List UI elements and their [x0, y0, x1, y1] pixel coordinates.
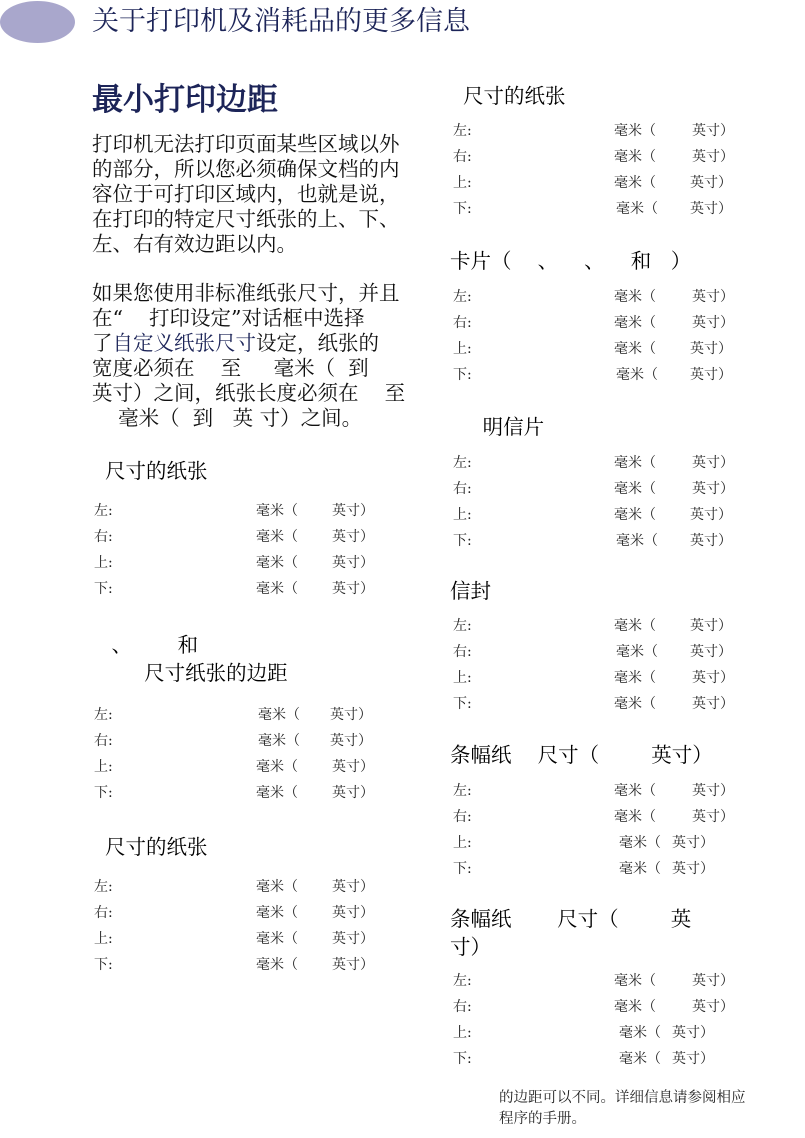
side-label: 上: — [94, 926, 113, 952]
side-label: 左: — [453, 778, 472, 804]
mm-unit: 毫米（ — [614, 994, 656, 1020]
mm-unit: 毫米（ — [616, 528, 658, 554]
inch-unit: 英寸） — [672, 856, 714, 882]
mm-unit: 毫米（ — [256, 952, 298, 978]
inch-unit: 英寸） — [332, 498, 374, 524]
inch-unit: 英寸） — [330, 728, 372, 754]
header-oval-decoration — [0, 1, 75, 43]
margin-table: 左:毫米（英寸） 右:毫米（英寸） 上:毫米（英寸） 下:毫米（英寸） — [453, 613, 773, 717]
paragraph-line: 如果您使用非标准纸张尺寸，并且 — [92, 281, 432, 306]
inch-unit: 英寸） — [692, 310, 734, 336]
inch-unit: 英寸） — [692, 118, 734, 144]
side-label: 左: — [94, 702, 113, 728]
margin-row-left: 左:毫米（英寸） — [453, 968, 773, 994]
table-heading-line1: 、 和 — [92, 632, 198, 658]
mm-unit: 毫米（ — [614, 284, 656, 310]
mm-unit: 毫米（ — [614, 450, 656, 476]
side-label: 上: — [453, 336, 472, 362]
inch-unit: 英寸） — [692, 968, 734, 994]
inch-unit: 英寸） — [332, 754, 374, 780]
mm-unit: 毫米（ — [258, 702, 300, 728]
mm-unit: 毫米（ — [616, 196, 658, 222]
table-heading: 明信片 — [450, 414, 544, 440]
paragraph-line: 宽度必须在 至 毫米（ 到 — [92, 356, 432, 381]
inch-unit: 英寸） — [690, 336, 732, 362]
side-label: 下: — [453, 196, 472, 222]
margin-row-left: 左:毫米（英寸） — [94, 702, 394, 728]
margin-row-left: 左:毫米（英寸） — [94, 874, 394, 900]
table-heading: 信封 — [450, 578, 491, 604]
inch-unit: 英寸） — [690, 502, 732, 528]
margin-row-top: 上:毫米（英寸） — [453, 1020, 773, 1046]
mm-unit: 毫米（ — [256, 576, 298, 602]
margin-table: 左:毫米（英寸） 右:毫米（英寸） 上:毫米（英寸） 下:毫米（英寸） — [453, 284, 773, 388]
section-title: 最小打印边距 — [92, 80, 278, 120]
margin-row-right: 右:毫米（英寸） — [453, 476, 773, 502]
inch-unit: 英寸） — [672, 1046, 714, 1072]
side-label: 上: — [453, 502, 472, 528]
margin-table: 左:毫米（英寸） 右:毫米（英寸） 上:毫米（英寸） 下:毫米（英寸） — [453, 968, 773, 1072]
inch-unit: 英寸） — [690, 362, 732, 388]
margin-row-bottom: 下:毫米（英寸） — [453, 362, 773, 388]
mm-unit: 毫米（ — [614, 476, 656, 502]
margin-row-right: 右:毫米（英寸） — [453, 994, 773, 1020]
margin-table: 左:毫米（英寸） 右:毫米（英寸） 上:毫米（英寸） 下:毫米（英寸） — [94, 874, 394, 978]
mm-unit: 毫米（ — [256, 524, 298, 550]
side-label: 左: — [453, 450, 472, 476]
side-label: 下: — [453, 691, 472, 717]
mm-unit: 毫米（ — [619, 856, 661, 882]
table-heading-line2: 寸） — [450, 934, 491, 960]
margin-row-left: 左:毫米（英寸） — [94, 498, 394, 524]
margin-row-bottom: 下:毫米（英寸） — [453, 528, 773, 554]
margin-table: 左:毫米（英寸） 右:毫米（英寸） 上:毫米（英寸） 下:毫米（英寸） — [453, 778, 773, 882]
footer-note: 的边距可以不同。详细信息请参阅相应 程序的手册。 — [499, 1088, 789, 1130]
table-heading: 卡片（ 、 、 和 ） — [450, 248, 691, 274]
mm-unit: 毫米（ — [256, 926, 298, 952]
margin-row-bottom: 下:毫米（英寸） — [453, 856, 773, 882]
side-label: 上: — [453, 170, 472, 196]
table-heading: 尺寸的纸张 — [450, 83, 566, 109]
mm-unit: 毫米（ — [258, 728, 300, 754]
mm-unit: 毫米（ — [614, 502, 656, 528]
margin-row-bottom: 下:毫米（英寸） — [453, 1046, 773, 1072]
inch-unit: 英寸） — [692, 450, 734, 476]
inch-unit: 英寸） — [692, 476, 734, 502]
mm-unit: 毫米（ — [256, 874, 298, 900]
mm-unit: 毫米（ — [614, 170, 656, 196]
text-fragment: 设定，纸张的 — [256, 331, 379, 355]
inch-unit: 英寸） — [690, 639, 732, 665]
margin-table: 左:毫米（英寸） 右:毫米（英寸） 上:毫米（英寸） 下:毫米（英寸） — [94, 702, 394, 806]
side-label: 右: — [453, 310, 472, 336]
margin-row-right: 右:毫米（英寸） — [453, 310, 773, 336]
paragraph-line: 的部分，所以您必须确保文档的内 — [92, 157, 432, 182]
mm-unit: 毫米（ — [614, 310, 656, 336]
side-label: 下: — [94, 952, 113, 978]
side-label: 右: — [453, 144, 472, 170]
table-heading: 尺寸的纸张 — [92, 458, 208, 484]
side-label: 右: — [453, 476, 472, 502]
inch-unit: 英寸） — [690, 196, 732, 222]
footer-note-line: 程序的手册。 — [499, 1109, 789, 1130]
inch-unit: 英寸） — [332, 926, 374, 952]
margin-row-left: 左:毫米（英寸） — [453, 450, 773, 476]
inch-unit: 英寸） — [692, 691, 734, 717]
side-label: 左: — [94, 498, 113, 524]
paragraph-line: 左、右有效边距以内。 — [92, 232, 432, 257]
mm-unit: 毫米（ — [619, 1020, 661, 1046]
margin-row-right: 右:毫米（英寸） — [94, 728, 394, 754]
side-label: 右: — [94, 900, 113, 926]
custom-paper-size-link[interactable]: 自定义纸张尺寸 — [113, 331, 257, 355]
mm-unit: 毫米（ — [614, 118, 656, 144]
inch-unit: 英寸） — [332, 576, 374, 602]
inch-unit: 英寸） — [692, 804, 734, 830]
inch-unit: 英寸） — [692, 665, 734, 691]
paragraph-line: 毫米（ 到 英 寸）之间。 — [92, 406, 432, 431]
margin-row-right: 右:毫米（英寸） — [453, 639, 773, 665]
margin-row-bottom: 下:毫米（英寸） — [453, 691, 773, 717]
intro-paragraph: 打印机无法打印页面某些区域以外 的部分，所以您必须确保文档的内 容位于可打印区域… — [92, 132, 432, 257]
margin-row-bottom: 下:毫米（英寸） — [94, 576, 394, 602]
side-label: 下: — [94, 576, 113, 602]
paragraph-line: 容位于可打印区域内，也就是说， — [92, 182, 432, 207]
margin-row-right: 右:毫米（英寸） — [453, 144, 773, 170]
mm-unit: 毫米（ — [256, 780, 298, 806]
custom-size-paragraph: 如果您使用非标准纸张尺寸，并且 在“ 打印设定”对话框中选择 了自定义纸张尺寸设… — [92, 281, 432, 431]
text-fragment: 了 — [92, 331, 113, 355]
inch-unit: 英寸） — [690, 613, 732, 639]
inch-unit: 英寸） — [332, 952, 374, 978]
inch-unit: 英寸） — [332, 780, 374, 806]
margin-row-top: 上:毫米（英寸） — [453, 830, 773, 856]
table-heading: 条幅纸 尺寸（ 英寸） — [450, 742, 713, 768]
margin-row-right: 右:毫米（英寸） — [94, 524, 394, 550]
margin-row-top: 上:毫米（英寸） — [453, 336, 773, 362]
inch-unit: 英寸） — [672, 1020, 714, 1046]
margin-row-top: 上:毫米（英寸） — [453, 502, 773, 528]
mm-unit: 毫米（ — [256, 754, 298, 780]
footer-note-line: 的边距可以不同。详细信息请参阅相应 — [499, 1088, 789, 1109]
side-label: 左: — [94, 874, 113, 900]
mm-unit: 毫米（ — [614, 665, 656, 691]
table-heading-line1: 条幅纸 尺寸（ 英 — [450, 906, 691, 932]
inch-unit: 英寸） — [332, 524, 374, 550]
mm-unit: 毫米（ — [256, 498, 298, 524]
margin-row-top: 上:毫米（英寸） — [453, 170, 773, 196]
mm-unit: 毫米（ — [614, 613, 656, 639]
side-label: 上: — [453, 830, 472, 856]
margin-row-top: 上:毫米（英寸） — [94, 550, 394, 576]
inch-unit: 英寸） — [692, 284, 734, 310]
mm-unit: 毫米（ — [616, 639, 658, 665]
inch-unit: 英寸） — [332, 900, 374, 926]
paragraph-line: 打印机无法打印页面某些区域以外 — [92, 132, 432, 157]
mm-unit: 毫米（ — [256, 900, 298, 926]
side-label: 下: — [94, 780, 113, 806]
side-label: 左: — [453, 613, 472, 639]
inch-unit: 英寸） — [330, 702, 372, 728]
margin-row-left: 左:毫米（英寸） — [453, 118, 773, 144]
margin-table: 左:毫米（英寸） 右:毫米（英寸） 上:毫米（英寸） 下:毫米（英寸） — [94, 498, 394, 602]
mm-unit: 毫米（ — [614, 804, 656, 830]
margin-table: 左:毫米（英寸） 右:毫米（英寸） 上:毫米（英寸） 下:毫米（英寸） — [453, 118, 773, 222]
inch-unit: 英寸） — [332, 874, 374, 900]
inch-unit: 英寸） — [672, 830, 714, 856]
side-label: 左: — [453, 118, 472, 144]
mm-unit: 毫米（ — [614, 336, 656, 362]
side-label: 右: — [453, 639, 472, 665]
margin-row-left: 左:毫米（英寸） — [453, 778, 773, 804]
side-label: 上: — [94, 754, 113, 780]
inch-unit: 英寸） — [332, 550, 374, 576]
table-heading-line2: 尺寸纸张的边距 — [92, 660, 288, 686]
side-label: 右: — [94, 524, 113, 550]
side-label: 右: — [453, 804, 472, 830]
mm-unit: 毫米（ — [614, 778, 656, 804]
side-label: 下: — [453, 1046, 472, 1072]
side-label: 上: — [94, 550, 113, 576]
side-label: 下: — [453, 528, 472, 554]
paragraph-line: 在打印的特定尺寸纸张的上、下、 — [92, 207, 432, 232]
margin-table: 左:毫米（英寸） 右:毫米（英寸） 上:毫米（英寸） 下:毫米（英寸） — [453, 450, 773, 554]
margin-row-left: 左:毫米（英寸） — [453, 613, 773, 639]
margin-row-bottom: 下:毫米（英寸） — [94, 952, 394, 978]
paragraph-line: 了自定义纸张尺寸设定，纸张的 — [92, 331, 432, 356]
side-label: 左: — [453, 968, 472, 994]
margin-row-bottom: 下:毫米（英寸） — [453, 196, 773, 222]
paragraph-line: 英寸）之间，纸张长度必须在 至 — [92, 381, 432, 406]
mm-unit: 毫米（ — [616, 362, 658, 388]
inch-unit: 英寸） — [690, 528, 732, 554]
side-label: 右: — [94, 728, 113, 754]
page-header-title: 关于打印机及消耗品的更多信息 — [92, 4, 470, 40]
side-label: 右: — [453, 994, 472, 1020]
side-label: 上: — [453, 665, 472, 691]
mm-unit: 毫米（ — [619, 1046, 661, 1072]
inch-unit: 英寸） — [690, 170, 732, 196]
inch-unit: 英寸） — [692, 994, 734, 1020]
mm-unit: 毫米（ — [619, 830, 661, 856]
paragraph-line: 在“ 打印设定”对话框中选择 — [92, 306, 432, 331]
mm-unit: 毫米（ — [256, 550, 298, 576]
mm-unit: 毫米（ — [614, 144, 656, 170]
side-label: 上: — [453, 1020, 472, 1046]
side-label: 左: — [453, 284, 472, 310]
inch-unit: 英寸） — [692, 144, 734, 170]
side-label: 下: — [453, 362, 472, 388]
table-heading: 尺寸的纸张 — [92, 834, 208, 860]
margin-row-top: 上:毫米（英寸） — [94, 754, 394, 780]
margin-row-top: 上:毫米（英寸） — [94, 926, 394, 952]
margin-row-top: 上:毫米（英寸） — [453, 665, 773, 691]
margin-row-right: 右:毫米（英寸） — [94, 900, 394, 926]
inch-unit: 英寸） — [692, 778, 734, 804]
mm-unit: 毫米（ — [614, 968, 656, 994]
mm-unit: 毫米（ — [614, 691, 656, 717]
margin-row-left: 左:毫米（英寸） — [453, 284, 773, 310]
margin-row-bottom: 下:毫米（英寸） — [94, 780, 394, 806]
side-label: 下: — [453, 856, 472, 882]
margin-row-right: 右:毫米（英寸） — [453, 804, 773, 830]
